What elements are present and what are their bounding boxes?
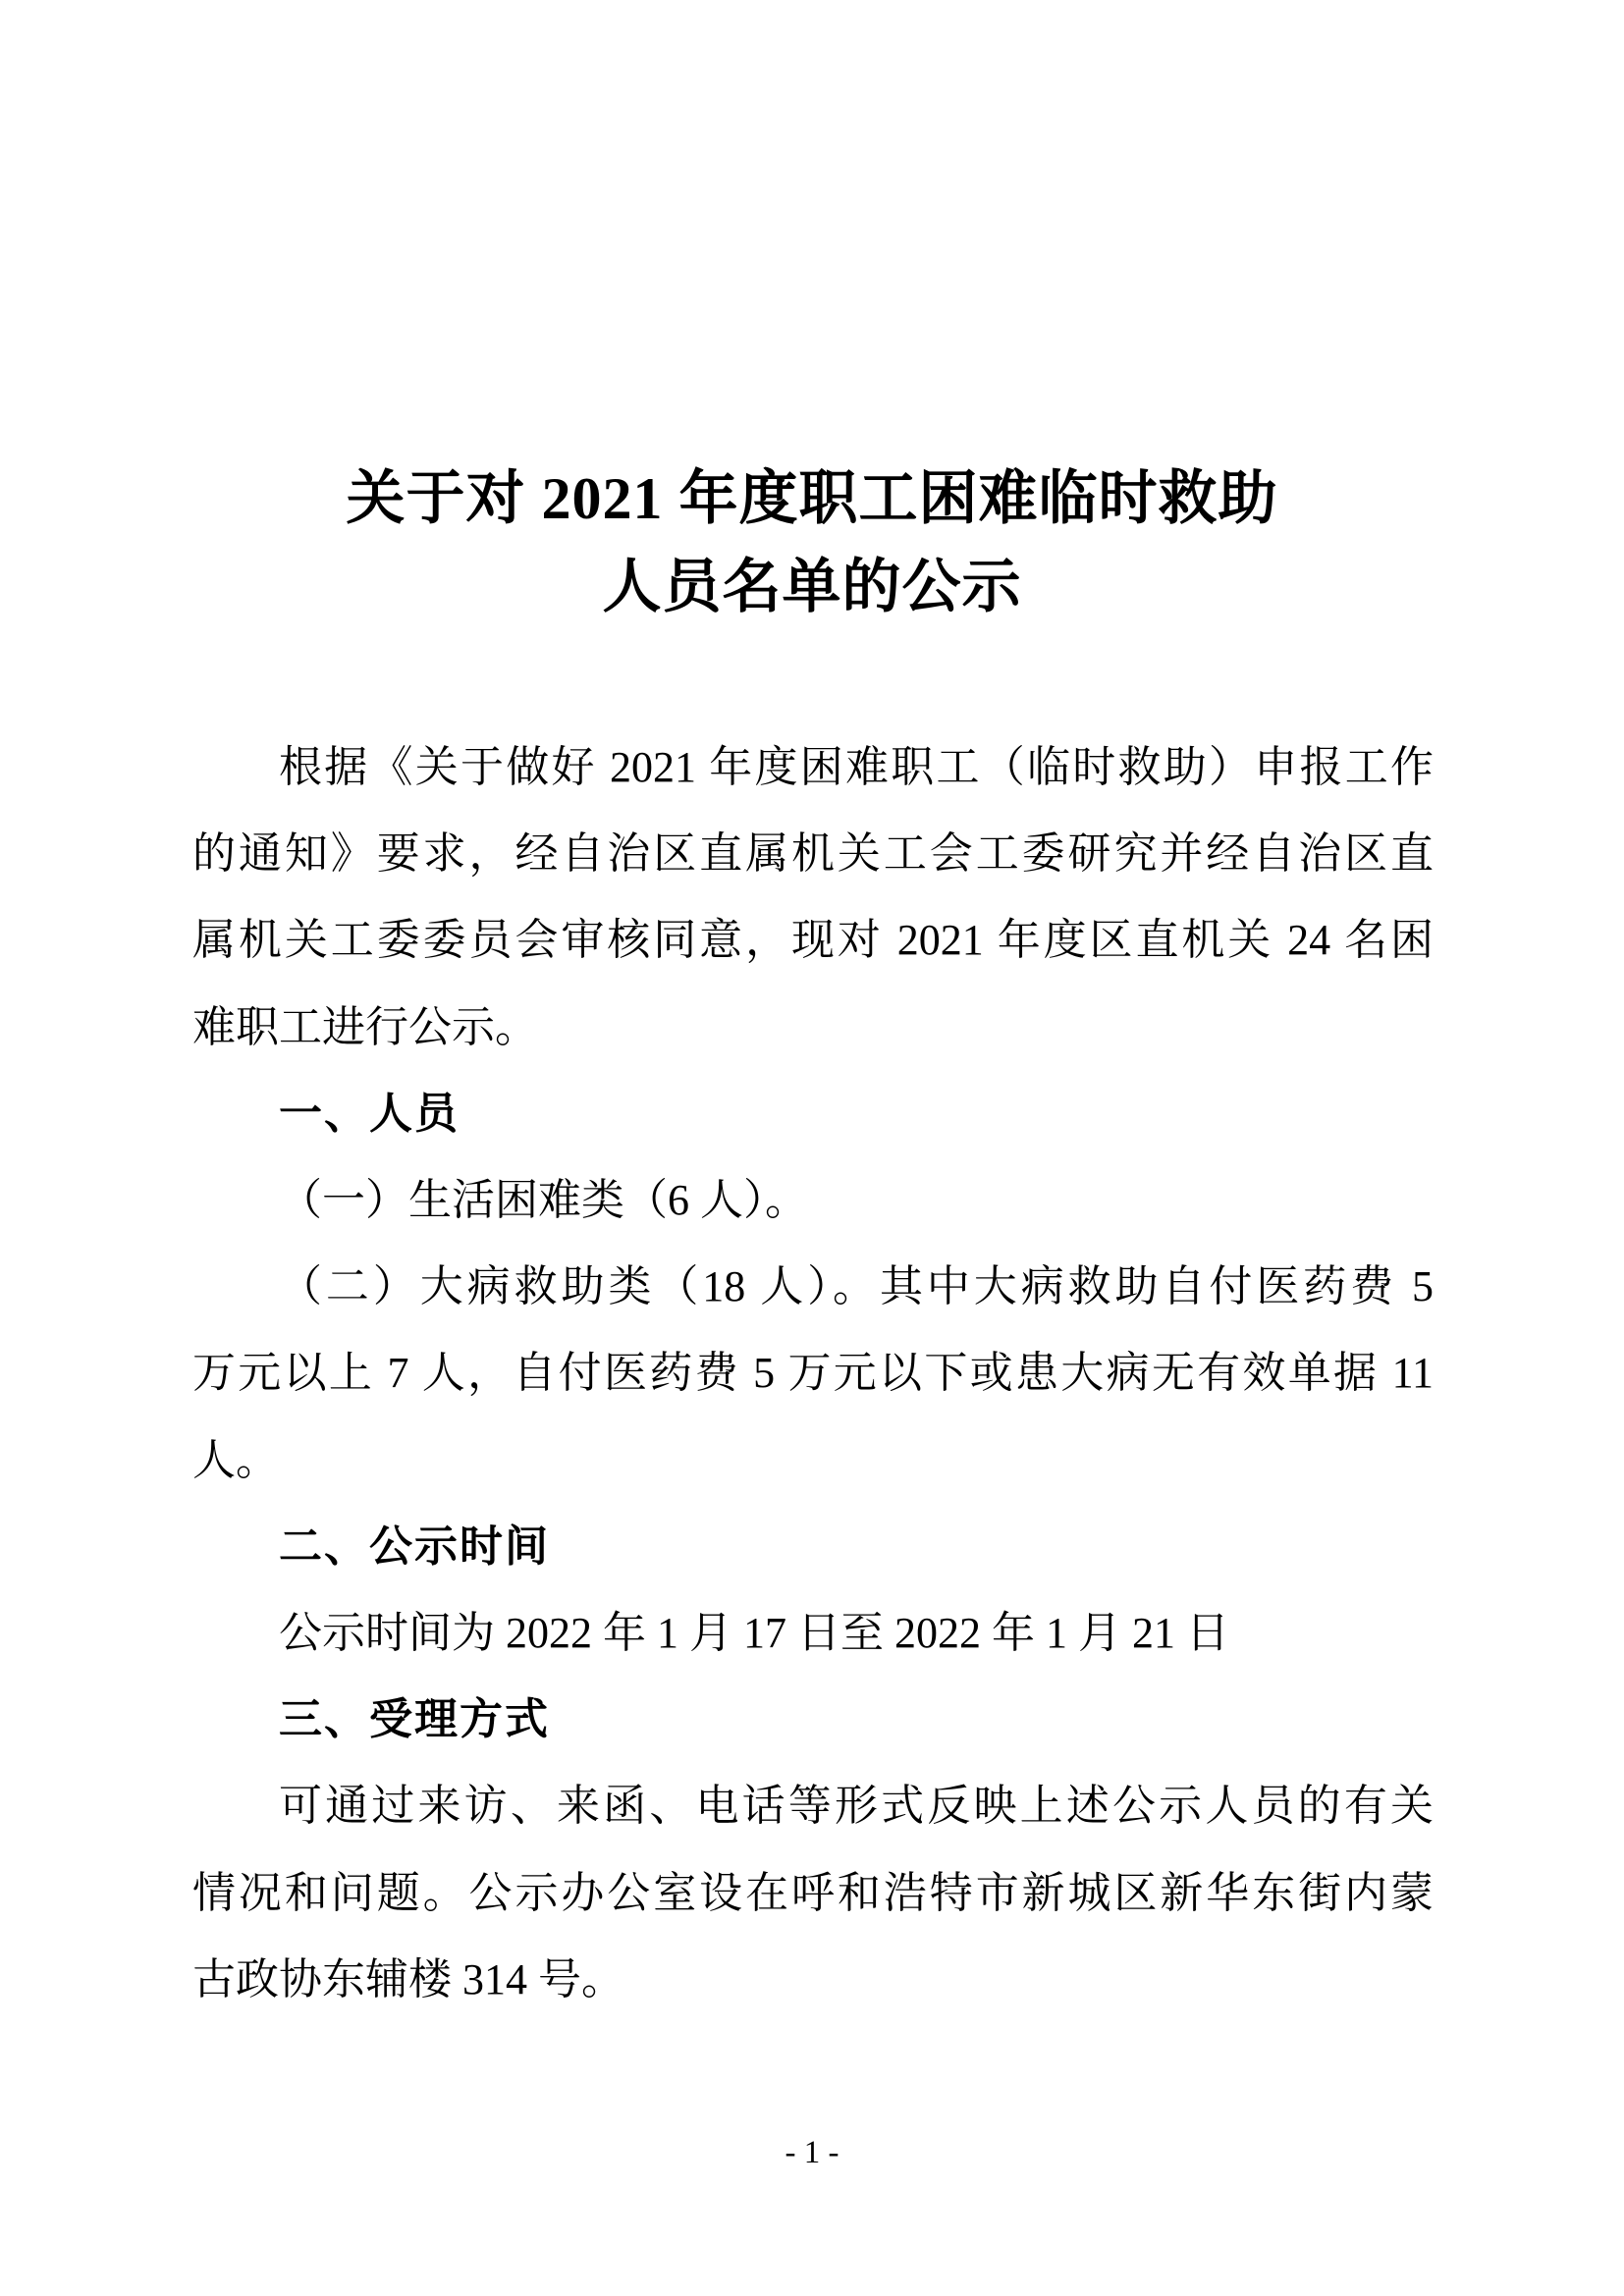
- document-title-line-2: 人员名单的公示: [0, 543, 1624, 631]
- body-line: 难职工进行公示。: [192, 985, 1434, 1071]
- document-page: 关于对 2021 年度职工困难临时救助 人员名单的公示 根据《关于做好 2021…: [0, 0, 1624, 2296]
- body-line: 属机关工委委员会审核同意，现对 2021 年度区直机关 24 名困: [192, 897, 1434, 984]
- body-line: 可通过来访、来函、电话等形式反映上述公示人员的有关: [192, 1763, 1434, 1849]
- document-body: 根据《关于做好 2021 年度困难职工（临时救助）申报工作 的通知》要求，经自治…: [192, 724, 1434, 2023]
- body-line: 公示时间为 2022 年 1 月 17 日至 2022 年 1 月 21 日: [192, 1590, 1434, 1677]
- section-heading-2: 二、公示时间: [192, 1504, 1434, 1590]
- body-line: （一）生活困难类（6 人）。: [192, 1157, 1434, 1244]
- body-line: 的通知》要求，经自治区直属机关工会工委研究并经自治区直: [192, 811, 1434, 897]
- section-heading-1: 一、人员: [192, 1071, 1434, 1157]
- body-line: 人。: [192, 1417, 1434, 1504]
- document-title-line-1: 关于对 2021 年度职工困难临时救助: [0, 454, 1624, 543]
- body-line: （二）大病救助类（18 人）。其中大病救助自付医药费 5: [192, 1244, 1434, 1330]
- section-heading-3: 三、受理方式: [192, 1677, 1434, 1763]
- document-title: 关于对 2021 年度职工困难临时救助 人员名单的公示: [0, 454, 1624, 631]
- body-line: 万元以上 7 人，自付医药费 5 万元以下或患大病无有效单据 11: [192, 1330, 1434, 1416]
- body-line: 根据《关于做好 2021 年度困难职工（临时救助）申报工作: [192, 724, 1434, 811]
- page-number: - 1 -: [0, 2132, 1624, 2173]
- body-line: 情况和问题。公示办公室设在呼和浩特市新城区新华东街内蒙: [192, 1850, 1434, 1937]
- body-line: 古政协东辅楼 314 号。: [192, 1937, 1434, 2023]
